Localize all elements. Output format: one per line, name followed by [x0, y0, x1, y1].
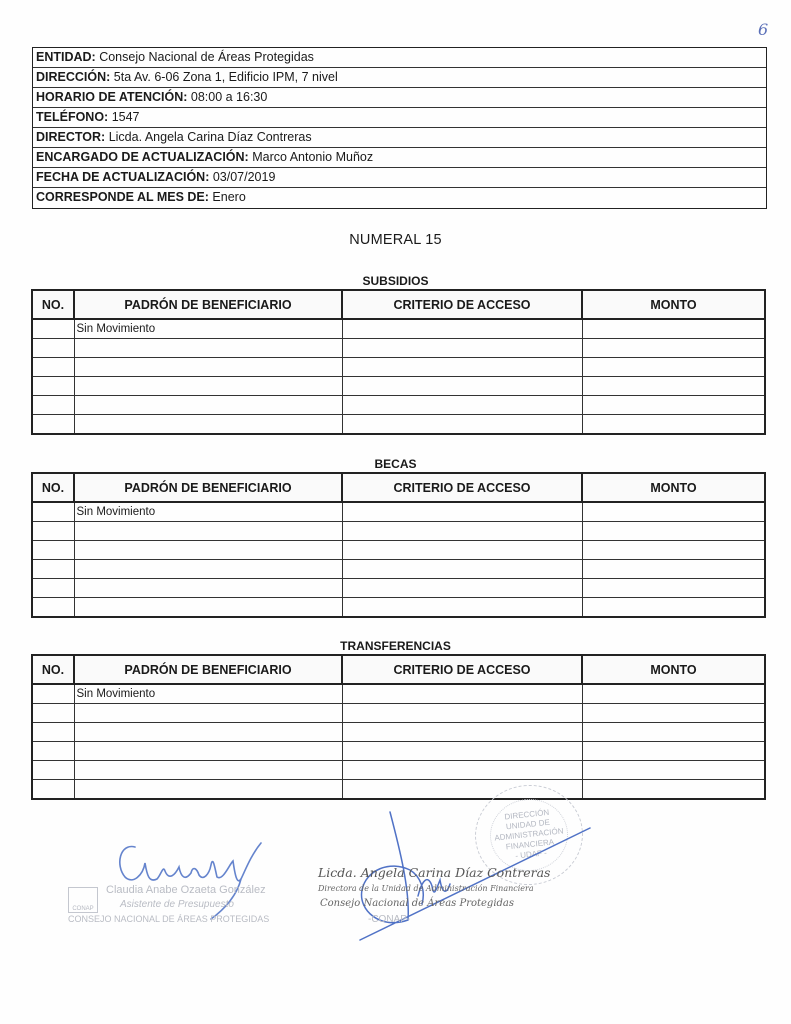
table-row — [33, 521, 764, 540]
table-cell — [74, 395, 342, 414]
table-cell — [33, 395, 74, 414]
subsidios-table: NO.PADRÓN DE BENEFICIARIOCRITERIO DE ACC… — [31, 289, 766, 435]
table-row: Sin Movimiento — [33, 319, 764, 338]
info-value: 03/07/2019 — [209, 170, 275, 184]
signature-right — [300, 800, 600, 960]
info-row: ENCARGADO DE ACTUALIZACIÓN: Marco Antoni… — [33, 148, 766, 168]
transferencias-table: NO.PADRÓN DE BENEFICIARIOCRITERIO DE ACC… — [31, 654, 766, 800]
table-cell — [342, 597, 582, 616]
table-cell — [582, 319, 764, 338]
table-cell — [342, 722, 582, 741]
table-cell — [342, 319, 582, 338]
table-cell — [342, 521, 582, 540]
table-cell — [33, 779, 74, 798]
table-cell — [74, 376, 342, 395]
table-cell: Sin Movimiento — [74, 502, 342, 521]
table-row: Sin Movimiento — [33, 502, 764, 521]
table-cell — [74, 521, 342, 540]
header-criterio-acceso: CRITERIO DE ACCESO — [342, 291, 582, 319]
table-cell — [582, 540, 764, 559]
header-no: NO. — [33, 291, 74, 319]
table-row — [33, 414, 764, 433]
info-value: Enero — [209, 190, 246, 204]
table-cell — [33, 684, 74, 703]
info-row: ENTIDAD: Consejo Nacional de Áreas Prote… — [33, 48, 766, 68]
table-cell — [342, 559, 582, 578]
table-cell — [342, 395, 582, 414]
table-cell — [582, 395, 764, 414]
table-cell — [74, 741, 342, 760]
table-cell — [582, 741, 764, 760]
info-row: TELÉFONO: 1547 — [33, 108, 766, 128]
table-cell — [582, 521, 764, 540]
signer-left-role: Asistente de Presupuesto — [120, 899, 234, 910]
header-no: NO. — [33, 474, 74, 502]
signer-right-abbr: -CONAP- — [368, 914, 410, 925]
table-cell — [74, 414, 342, 433]
table-row: Sin Movimiento — [33, 684, 764, 703]
table-cell — [342, 502, 582, 521]
becas-table: NO.PADRÓN DE BENEFICIARIOCRITERIO DE ACC… — [31, 472, 766, 618]
signer-right-org: Consejo Nacional de Áreas Protegidas — [320, 898, 514, 909]
table-cell — [33, 319, 74, 338]
table-cell — [582, 760, 764, 779]
info-row: FECHA DE ACTUALIZACIÓN: 03/07/2019 — [33, 168, 766, 188]
entity-info-table: ENTIDAD: Consejo Nacional de Áreas Prote… — [32, 47, 767, 209]
header-monto: MONTO — [582, 474, 764, 502]
table-cell — [582, 357, 764, 376]
table-cell — [74, 703, 342, 722]
table-row — [33, 395, 764, 414]
table-cell — [582, 559, 764, 578]
table-cell: Sin Movimiento — [74, 319, 342, 338]
table-cell — [33, 502, 74, 521]
header-criterio-acceso: CRITERIO DE ACCESO — [342, 474, 582, 502]
table-cell — [74, 338, 342, 357]
header-padron-beneficiario: PADRÓN DE BENEFICIARIO — [74, 656, 342, 684]
info-value: 1547 — [108, 110, 139, 124]
signer-left-name: Claudia Anabe Ozaeta González — [106, 884, 266, 896]
table-cell — [33, 722, 74, 741]
handwritten-signature-icon — [300, 800, 600, 960]
table-row — [33, 703, 764, 722]
table-row — [33, 722, 764, 741]
info-value: 5ta Av. 6-06 Zona 1, Edificio IPM, 7 niv… — [110, 70, 337, 84]
table-cell — [74, 540, 342, 559]
table-cell — [33, 338, 74, 357]
table-cell — [342, 578, 582, 597]
table-cell — [33, 376, 74, 395]
signer-right-role: Directora de la Unidad de Administración… — [318, 884, 534, 893]
table-row — [33, 760, 764, 779]
table-row — [33, 376, 764, 395]
header-padron-beneficiario: PADRÓN DE BENEFICIARIO — [74, 474, 342, 502]
numeral-title: NUMERAL 15 — [0, 232, 791, 248]
document-page: 6 ENTIDAD: Consejo Nacional de Áreas Pro… — [0, 0, 791, 1024]
conap-logo-icon: CONAP — [68, 887, 98, 913]
table-header-row: NO.PADRÓN DE BENEFICIARIOCRITERIO DE ACC… — [33, 474, 764, 502]
info-row: CORRESPONDE AL MES DE: Enero — [33, 188, 766, 208]
table-cell — [342, 741, 582, 760]
table-cell — [342, 703, 582, 722]
table-cell — [342, 338, 582, 357]
table-cell — [33, 578, 74, 597]
table-cell — [74, 559, 342, 578]
table-row — [33, 559, 764, 578]
info-label: ENTIDAD: — [36, 50, 96, 64]
table-row — [33, 597, 764, 616]
section-title-subsidios: SUBSIDIOS — [0, 274, 791, 288]
info-label: TELÉFONO: — [36, 110, 108, 124]
header-monto: MONTO — [582, 291, 764, 319]
table-cell — [582, 338, 764, 357]
table-cell — [33, 741, 74, 760]
info-label: DIRECCIÓN: — [36, 70, 110, 84]
table-cell — [74, 357, 342, 376]
table-cell — [342, 684, 582, 703]
table-cell — [33, 559, 74, 578]
info-value: Consejo Nacional de Áreas Protegidas — [96, 50, 314, 64]
table-cell — [582, 703, 764, 722]
table-cell — [74, 760, 342, 779]
table-cell — [33, 703, 74, 722]
table-cell — [33, 760, 74, 779]
table-cell — [582, 414, 764, 433]
header-no: NO. — [33, 656, 74, 684]
header-monto: MONTO — [582, 656, 764, 684]
info-value: Marco Antonio Muñoz — [249, 150, 373, 164]
table-cell — [74, 578, 342, 597]
table-row — [33, 779, 764, 798]
table-cell — [342, 357, 582, 376]
header-padron-beneficiario: PADRÓN DE BENEFICIARIO — [74, 291, 342, 319]
table-cell — [582, 502, 764, 521]
info-value: Licda. Angela Carina Díaz Contreras — [105, 130, 311, 144]
table-cell — [342, 376, 582, 395]
info-label: DIRECTOR: — [36, 130, 105, 144]
table-cell — [33, 414, 74, 433]
table-cell — [582, 722, 764, 741]
info-row: HORARIO DE ATENCIÓN: 08:00 a 16:30 — [33, 88, 766, 108]
info-row: DIRECCIÓN: 5ta Av. 6-06 Zona 1, Edificio… — [33, 68, 766, 88]
table-cell — [582, 597, 764, 616]
table-row — [33, 741, 764, 760]
table-header-row: NO.PADRÓN DE BENEFICIARIOCRITERIO DE ACC… — [33, 656, 764, 684]
info-label: CORRESPONDE AL MES DE: — [36, 190, 209, 204]
table-cell — [33, 597, 74, 616]
table-cell — [582, 578, 764, 597]
page-number: 6 — [758, 20, 768, 39]
info-label: FECHA DE ACTUALIZACIÓN: — [36, 170, 209, 184]
table-cell — [33, 521, 74, 540]
info-value: 08:00 a 16:30 — [187, 90, 267, 104]
signer-left-org: CONSEJO NACIONAL DE ÁREAS PROTEGIDAS — [68, 914, 269, 924]
section-title-transferencias: TRANSFERENCIAS — [0, 639, 791, 653]
table-header-row: NO.PADRÓN DE BENEFICIARIOCRITERIO DE ACC… — [33, 291, 764, 319]
info-row: DIRECTOR: Licda. Angela Carina Díaz Cont… — [33, 128, 766, 148]
header-criterio-acceso: CRITERIO DE ACCESO — [342, 656, 582, 684]
table-cell — [74, 779, 342, 798]
table-row — [33, 338, 764, 357]
table-row — [33, 540, 764, 559]
table-cell — [582, 684, 764, 703]
table-cell — [74, 722, 342, 741]
table-cell — [33, 540, 74, 559]
table-cell — [342, 414, 582, 433]
table-cell — [342, 760, 582, 779]
table-row — [33, 578, 764, 597]
section-title-becas: BECAS — [0, 457, 791, 471]
table-row — [33, 357, 764, 376]
info-label: ENCARGADO DE ACTUALIZACIÓN: — [36, 150, 249, 164]
table-cell — [342, 540, 582, 559]
info-label: HORARIO DE ATENCIÓN: — [36, 90, 187, 104]
table-cell — [74, 597, 342, 616]
table-cell: Sin Movimiento — [74, 684, 342, 703]
table-cell — [33, 357, 74, 376]
table-cell — [582, 779, 764, 798]
table-cell — [582, 376, 764, 395]
signer-right-name: Licda. Angela Carina Díaz Contreras — [318, 865, 550, 880]
